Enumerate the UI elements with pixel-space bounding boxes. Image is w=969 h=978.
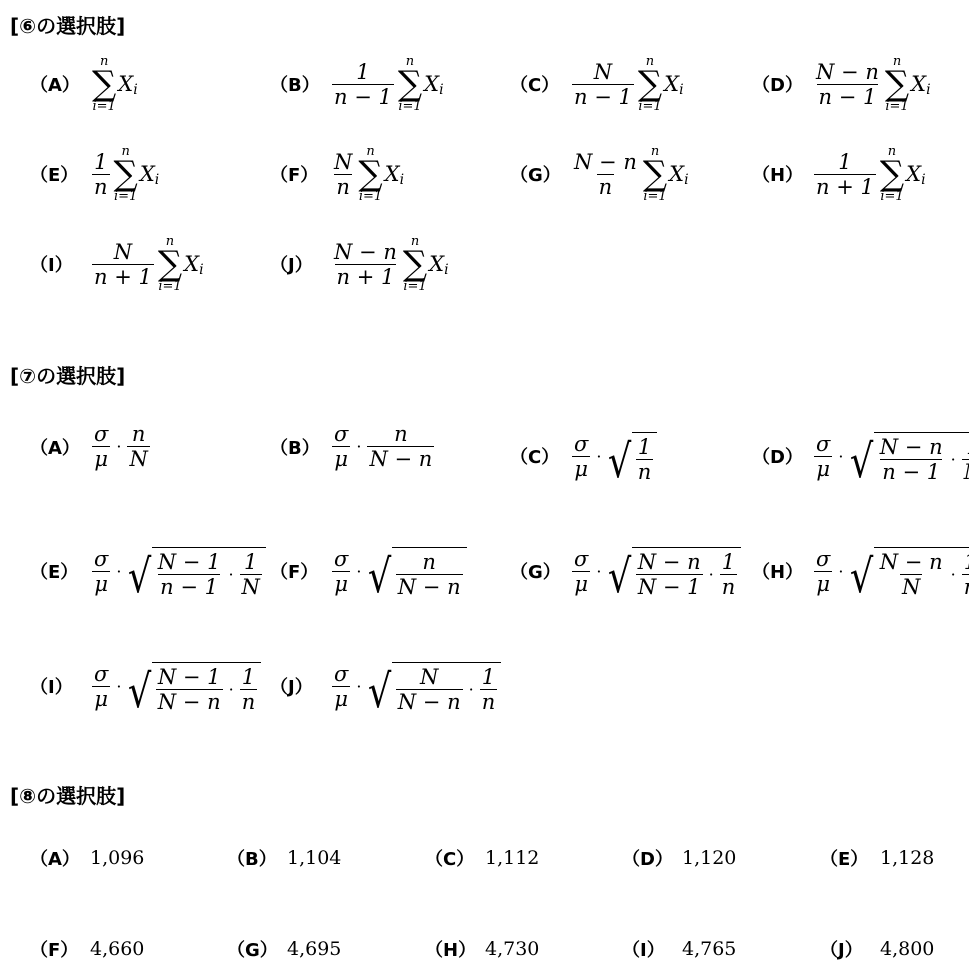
term-subscript: i xyxy=(926,82,930,98)
fraction-1-numerator: n xyxy=(130,422,148,446)
fraction-1: nN − n xyxy=(396,550,463,599)
term-subscript: i xyxy=(684,172,688,188)
sigma-over-mu-fraction-numerator: σ xyxy=(572,547,590,571)
fraction-2-numerator: 1 xyxy=(962,550,969,574)
sigma-over-mu-fraction-numerator: σ xyxy=(92,422,110,446)
multiply-dot: · xyxy=(356,437,361,456)
fraction-2-numerator: 1 xyxy=(720,550,737,574)
multiply-dot: · xyxy=(229,680,234,699)
sigma-icon: ∑ xyxy=(638,68,662,100)
coefficient-fraction-numerator: N xyxy=(592,60,614,84)
multiply-dot: · xyxy=(951,450,956,469)
sigma-over-mu-fraction-denominator: μ xyxy=(332,571,350,596)
coefficient-fraction-denominator: n xyxy=(92,174,110,199)
option-6-a[interactable]: （A）n∑i=1Xi xyxy=(30,55,138,113)
multiply-dot: · xyxy=(116,562,121,581)
fraction-1-denominator: N − n xyxy=(396,574,463,599)
option-7-g[interactable]: （G）σμ·√N − nN − 1·1n xyxy=(510,543,741,599)
option-label: （F） xyxy=(270,161,330,187)
option-label: （J） xyxy=(820,936,880,962)
option-label: （J） xyxy=(270,251,330,277)
square-root: √N − nN − 1·1n xyxy=(605,543,741,599)
option-value: 4,695 xyxy=(287,938,341,960)
summation: n∑i=1 xyxy=(114,145,138,203)
option-label: （I） xyxy=(622,936,682,962)
fraction-1-denominator: n − 1 xyxy=(880,459,942,484)
fraction-2: 1n xyxy=(480,665,498,714)
sigma-over-mu-fraction-denominator: μ xyxy=(814,571,832,596)
multiply-dot: · xyxy=(596,447,601,466)
fraction-1-numerator: n xyxy=(420,550,438,574)
multiply-dot: · xyxy=(469,680,474,699)
section-7-heading: [⑦の選択肢] xyxy=(10,360,125,389)
radicand: nN − n xyxy=(392,547,467,599)
option-label: （D） xyxy=(752,71,812,97)
fraction-2: 1N xyxy=(962,435,969,484)
option-label: （B） xyxy=(270,434,330,460)
coefficient-fraction-numerator: N − n xyxy=(332,240,399,264)
coefficient-fraction: 1n − 1 xyxy=(332,60,394,109)
option-6-e[interactable]: （E）1nn∑i=1Xi xyxy=(30,145,159,203)
option-8-c[interactable]: （C）1,112 xyxy=(425,845,539,871)
formula: σμ·nN − n xyxy=(330,422,436,471)
option-6-h[interactable]: （H）1n + 1n∑i=1Xi xyxy=(752,145,926,203)
sigma-icon: ∑ xyxy=(398,68,422,100)
summation: n∑i=1 xyxy=(358,145,382,203)
option-label: （G） xyxy=(227,936,287,962)
section-6-heading: [⑥の選択肢] xyxy=(10,10,125,39)
radical-icon: √ xyxy=(128,543,151,599)
option-6-c[interactable]: （C）Nn − 1n∑i=1Xi xyxy=(510,55,684,113)
coefficient-fraction: N − nn + 1 xyxy=(332,240,399,289)
multiply-dot: · xyxy=(356,562,361,581)
radicand: N − nN·1n xyxy=(874,547,969,599)
sigma-over-mu-fraction: σμ xyxy=(814,547,832,596)
coefficient-fraction-numerator: 1 xyxy=(836,150,853,174)
formula: n∑i=1Xi xyxy=(90,55,138,113)
fraction-2: 1n xyxy=(720,550,738,599)
option-label: （D） xyxy=(752,443,812,469)
fraction-2-denominator: n xyxy=(962,574,969,599)
formula: σμ·√N − nN − 1·1n xyxy=(570,543,741,599)
sigma-over-mu-fraction-numerator: σ xyxy=(332,422,350,446)
fraction-2-numerator: 1 xyxy=(242,550,259,574)
multiply-dot: · xyxy=(838,562,843,581)
option-8-e[interactable]: （E）1,128 xyxy=(820,845,934,871)
square-root: √N − nn − 1·1N xyxy=(847,428,969,484)
sigma-icon: ∑ xyxy=(880,158,904,190)
formula: σμ·√N − nN·1n xyxy=(812,543,969,599)
square-root: √nN − n xyxy=(365,543,466,599)
multiply-dot: · xyxy=(838,447,843,466)
option-8-i[interactable]: （I）4,765 xyxy=(622,936,736,962)
term-variable: X xyxy=(664,72,679,96)
sum-lower-limit: i=1 xyxy=(403,280,426,293)
option-label: （F） xyxy=(270,558,330,584)
option-label: （A） xyxy=(30,845,90,871)
sum-lower-limit: i=1 xyxy=(885,100,908,113)
sigma-icon: ∑ xyxy=(114,158,138,190)
sum-lower-limit: i=1 xyxy=(359,190,382,203)
sigma-over-mu-fraction: σμ xyxy=(572,547,590,596)
option-value: 1,120 xyxy=(682,847,736,869)
fraction-2-numerator: 1 xyxy=(964,435,969,459)
fraction-2-denominator: N xyxy=(962,459,969,484)
option-8-h[interactable]: （H）4,730 xyxy=(425,936,539,962)
fraction-1: nN xyxy=(127,422,149,471)
summation: n∑i=1 xyxy=(403,235,427,293)
sigma-over-mu-fraction: σμ xyxy=(332,547,350,596)
option-label: （H） xyxy=(752,161,812,187)
fraction-1: N − 1N − n xyxy=(156,665,223,714)
term-variable: X xyxy=(906,162,921,186)
fraction-2-denominator: n xyxy=(480,689,498,714)
sum-lower-limit: i=1 xyxy=(638,100,661,113)
sum-lower-limit: i=1 xyxy=(643,190,666,203)
fraction-2-denominator: n xyxy=(720,574,738,599)
fraction-2: 1n xyxy=(962,550,969,599)
fraction-1-numerator: 1 xyxy=(636,435,653,459)
fraction-1-denominator: N − n xyxy=(156,689,223,714)
sigma-icon: ∑ xyxy=(92,68,116,100)
fraction-2-numerator: 1 xyxy=(240,665,257,689)
multiply-dot: · xyxy=(596,562,601,581)
multiply-dot: · xyxy=(951,565,956,584)
multiply-dot: · xyxy=(116,677,121,696)
summation: n∑i=1 xyxy=(92,55,116,113)
option-label: （C） xyxy=(510,71,570,97)
fraction-1-denominator: N − n xyxy=(367,446,434,471)
option-label: （G） xyxy=(510,558,570,584)
option-7-d[interactable]: （D）σμ·√N − nn − 1·1N xyxy=(752,428,969,484)
fraction-1: N − nn − 1 xyxy=(878,435,945,484)
option-label: （E） xyxy=(820,845,880,871)
sum-lower-limit: i=1 xyxy=(92,100,115,113)
sigma-over-mu-fraction: σμ xyxy=(92,547,110,596)
option-7-a[interactable]: （A）σμ·nN xyxy=(30,422,152,471)
formula: σμ·√N − 1n − 1·1N xyxy=(90,543,266,599)
sigma-icon: ∑ xyxy=(358,158,382,190)
sum-lower-limit: i=1 xyxy=(114,190,137,203)
coefficient-fraction: Nn + 1 xyxy=(92,240,154,289)
sigma-over-mu-fraction-numerator: σ xyxy=(332,662,350,686)
fraction-1-numerator: N − n xyxy=(878,550,945,574)
sigma-over-mu-fraction-denominator: μ xyxy=(814,456,832,481)
option-6-d[interactable]: （D）N − nn − 1n∑i=1Xi xyxy=(752,55,931,113)
option-value: 1,096 xyxy=(90,847,144,869)
sigma-over-mu-fraction: σμ xyxy=(572,432,590,481)
sigma-over-mu-fraction-denominator: μ xyxy=(92,686,110,711)
option-8-g[interactable]: （G）4,695 xyxy=(227,936,341,962)
formula: Nnn∑i=1Xi xyxy=(330,145,404,203)
option-value: 1,112 xyxy=(485,847,539,869)
radical-icon: √ xyxy=(850,543,873,599)
formula: σμ·√N − nn − 1·1N xyxy=(812,428,969,484)
sigma-over-mu-fraction: σμ xyxy=(332,422,350,471)
sigma-over-mu-fraction-denominator: μ xyxy=(92,446,110,471)
fraction-1: N − 1n − 1 xyxy=(156,550,223,599)
term-variable: X xyxy=(385,162,400,186)
multiply-dot: · xyxy=(228,565,233,584)
sigma-icon: ∑ xyxy=(643,158,667,190)
formula: N − nnn∑i=1Xi xyxy=(570,145,689,203)
option-label: （A） xyxy=(30,434,90,460)
fraction-1-numerator: N − 1 xyxy=(156,550,223,574)
option-6-i[interactable]: （I）Nn + 1n∑i=1Xi xyxy=(30,235,204,293)
fraction-1-denominator: n xyxy=(636,459,654,484)
formula: σμ·nN xyxy=(90,422,152,471)
formula: σμ·√nN − n xyxy=(330,543,467,599)
square-root: √N − 1n − 1·1N xyxy=(125,543,265,599)
fraction-1-denominator: N − 1 xyxy=(636,574,703,599)
sigma-over-mu-fraction-numerator: σ xyxy=(332,547,350,571)
sigma-icon: ∑ xyxy=(885,68,909,100)
fraction-1-numerator: N − n xyxy=(636,550,703,574)
square-root: √NN − n·1n xyxy=(365,658,501,714)
square-root: √1n xyxy=(605,428,657,484)
sigma-over-mu-fraction-denominator: μ xyxy=(572,456,590,481)
summation: n∑i=1 xyxy=(158,235,182,293)
coefficient-fraction-numerator: 1 xyxy=(354,60,371,84)
option-7-f[interactable]: （F）σμ·√nN − n xyxy=(270,543,467,599)
fraction-1: N − nN − 1 xyxy=(636,550,703,599)
coefficient-fraction-denominator: n + 1 xyxy=(92,264,154,289)
term-variable: X xyxy=(669,162,684,186)
coefficient-fraction: Nn xyxy=(332,150,354,199)
option-7-c[interactable]: （C）σμ·√1n xyxy=(510,428,657,484)
term-variable: X xyxy=(429,252,444,276)
radicand: N − 1N − n·1n xyxy=(152,662,261,714)
fraction-1: nN − n xyxy=(367,422,434,471)
option-7-j[interactable]: （J）σμ·√NN − n·1n xyxy=(270,658,501,714)
term-subscript: i xyxy=(400,172,404,188)
option-8-a[interactable]: （A）1,096 xyxy=(30,845,144,871)
term-subscript: i xyxy=(679,82,683,98)
sigma-icon: ∑ xyxy=(403,248,427,280)
sigma-over-mu-fraction: σμ xyxy=(814,432,832,481)
option-label: （I） xyxy=(30,673,90,699)
fraction-1-denominator: N − n xyxy=(396,689,463,714)
sigma-over-mu-fraction-denominator: μ xyxy=(572,571,590,596)
term-subscript: i xyxy=(133,82,137,98)
sigma-over-mu-fraction-denominator: μ xyxy=(332,686,350,711)
radicand: N − nN − 1·1n xyxy=(632,547,741,599)
option-value: 4,800 xyxy=(880,938,934,960)
radical-icon: √ xyxy=(850,428,873,484)
option-label: （E） xyxy=(30,558,90,584)
option-7-h[interactable]: （H）σμ·√N − nN·1n xyxy=(752,543,969,599)
fraction-2-denominator: n xyxy=(240,689,258,714)
sum-lower-limit: i=1 xyxy=(880,190,903,203)
sum-lower-limit: i=1 xyxy=(158,280,181,293)
sigma-over-mu-fraction-numerator: σ xyxy=(92,547,110,571)
formula: σμ·√NN − n·1n xyxy=(330,658,501,714)
term-subscript: i xyxy=(155,172,159,188)
option-7-b[interactable]: （B）σμ·nN − n xyxy=(270,422,436,471)
fraction-1-numerator: n xyxy=(392,422,410,446)
coefficient-fraction: 1n xyxy=(92,150,110,199)
coefficient-fraction-denominator: n xyxy=(597,174,615,199)
fraction-1-numerator: N xyxy=(418,665,440,689)
multiply-dot: · xyxy=(356,677,361,696)
fraction-1-denominator: N xyxy=(900,574,922,599)
coefficient-fraction: Nn − 1 xyxy=(572,60,634,109)
coefficient-fraction-numerator: N − n xyxy=(814,60,881,84)
fraction-1-denominator: n − 1 xyxy=(158,574,220,599)
option-value: 4,765 xyxy=(682,938,736,960)
fraction-1: NN − n xyxy=(396,665,463,714)
option-label: （H） xyxy=(425,936,485,962)
option-6-b[interactable]: （B）1n − 1n∑i=1Xi xyxy=(270,55,444,113)
fraction-1: N − nN xyxy=(878,550,945,599)
fraction-2-numerator: 1 xyxy=(480,665,497,689)
fraction-2: 1N xyxy=(240,550,262,599)
option-value: 4,730 xyxy=(485,938,539,960)
option-label: （D） xyxy=(622,845,682,871)
term-subscript: i xyxy=(921,172,925,188)
option-label: （C） xyxy=(510,443,570,469)
radical-icon: √ xyxy=(128,658,151,714)
sigma-over-mu-fraction-denominator: μ xyxy=(332,446,350,471)
fraction-1-denominator: N xyxy=(127,446,149,471)
sigma-over-mu-fraction-numerator: σ xyxy=(572,432,590,456)
multiply-dot: · xyxy=(709,565,714,584)
summation: n∑i=1 xyxy=(880,145,904,203)
coefficient-fraction-numerator: N − n xyxy=(572,150,639,174)
option-label: （H） xyxy=(752,558,812,584)
sum-lower-limit: i=1 xyxy=(398,100,421,113)
option-8-b[interactable]: （B）1,104 xyxy=(227,845,341,871)
sigma-over-mu-fraction-numerator: σ xyxy=(92,662,110,686)
fraction-1-numerator: N − 1 xyxy=(156,665,223,689)
sigma-over-mu-fraction-numerator: σ xyxy=(814,432,832,456)
radicand: NN − n·1n xyxy=(392,662,501,714)
option-6-f[interactable]: （F）Nnn∑i=1Xi xyxy=(270,145,404,203)
formula: 1n − 1n∑i=1Xi xyxy=(330,55,444,113)
radical-icon: √ xyxy=(368,658,391,714)
option-label: （C） xyxy=(425,845,485,871)
option-label: （E） xyxy=(30,161,90,187)
square-root: √N − nN·1n xyxy=(847,543,969,599)
term-variable: X xyxy=(424,72,439,96)
sigma-over-mu-fraction: σμ xyxy=(92,662,110,711)
section-8-heading: [⑧の選択肢] xyxy=(10,780,125,809)
radical-icon: √ xyxy=(608,543,631,599)
formula: Nn + 1n∑i=1Xi xyxy=(90,235,204,293)
summation: n∑i=1 xyxy=(643,145,667,203)
coefficient-fraction: N − nn xyxy=(572,150,639,199)
term-variable: X xyxy=(118,72,133,96)
option-value: 1,128 xyxy=(880,847,934,869)
radicand: 1n xyxy=(632,432,658,484)
option-6-g[interactable]: （G）N − nnn∑i=1Xi xyxy=(510,145,689,203)
term-subscript: i xyxy=(199,262,203,278)
option-label: （J） xyxy=(270,673,330,699)
formula: N − nn + 1n∑i=1Xi xyxy=(330,235,449,293)
coefficient-fraction-denominator: n − 1 xyxy=(572,84,634,109)
formula: σμ·√1n xyxy=(570,428,657,484)
summation: n∑i=1 xyxy=(638,55,662,113)
sigma-over-mu-fraction: σμ xyxy=(92,422,110,471)
fraction-2-denominator: N xyxy=(240,574,262,599)
option-label: （B） xyxy=(227,845,287,871)
option-label: （G） xyxy=(510,161,570,187)
formula: 1nn∑i=1Xi xyxy=(90,145,159,203)
sigma-over-mu-fraction: σμ xyxy=(332,662,350,711)
fraction-1: 1n xyxy=(636,435,654,484)
sigma-over-mu-fraction-numerator: σ xyxy=(814,547,832,571)
summation: n∑i=1 xyxy=(885,55,909,113)
option-7-i[interactable]: （I）σμ·√N − 1N − n·1n xyxy=(30,658,261,714)
radical-icon: √ xyxy=(608,428,631,484)
multiply-dot: · xyxy=(116,437,121,456)
fraction-2: 1n xyxy=(240,665,258,714)
coefficient-fraction-denominator: n − 1 xyxy=(817,84,879,109)
sigma-over-mu-fraction-denominator: μ xyxy=(92,571,110,596)
coefficient-fraction: 1n + 1 xyxy=(814,150,876,199)
option-label: （A） xyxy=(30,71,90,97)
option-value: 4,660 xyxy=(90,938,144,960)
radical-icon: √ xyxy=(368,543,391,599)
fraction-1-numerator: N − n xyxy=(878,435,945,459)
term-variable: X xyxy=(140,162,155,186)
coefficient-fraction-denominator: n + 1 xyxy=(335,264,397,289)
coefficient-fraction-denominator: n − 1 xyxy=(332,84,394,109)
option-8-j[interactable]: （J）4,800 xyxy=(820,936,934,962)
option-6-j[interactable]: （J）N − nn + 1n∑i=1Xi xyxy=(270,235,449,293)
sigma-icon: ∑ xyxy=(158,248,182,280)
coefficient-fraction-numerator: 1 xyxy=(92,150,109,174)
formula: 1n + 1n∑i=1Xi xyxy=(812,145,926,203)
formula: σμ·√N − 1N − n·1n xyxy=(90,658,261,714)
formula: Nn − 1n∑i=1Xi xyxy=(570,55,684,113)
formula: N − nn − 1n∑i=1Xi xyxy=(812,55,931,113)
option-8-f[interactable]: （F）4,660 xyxy=(30,936,144,962)
square-root: √N − 1N − n·1n xyxy=(125,658,261,714)
term-subscript: i xyxy=(439,82,443,98)
radicand: N − 1n − 1·1N xyxy=(152,547,266,599)
term-subscript: i xyxy=(444,262,448,278)
coefficient-fraction-numerator: N xyxy=(332,150,354,174)
option-7-e[interactable]: （E）σμ·√N − 1n − 1·1N xyxy=(30,543,266,599)
summation: n∑i=1 xyxy=(398,55,422,113)
coefficient-fraction: N − nn − 1 xyxy=(814,60,881,109)
coefficient-fraction-numerator: N xyxy=(112,240,134,264)
option-8-d[interactable]: （D）1,120 xyxy=(622,845,736,871)
coefficient-fraction-denominator: n + 1 xyxy=(814,174,876,199)
option-value: 1,104 xyxy=(287,847,341,869)
term-variable: X xyxy=(911,72,926,96)
option-label: （F） xyxy=(30,936,90,962)
option-label: （B） xyxy=(270,71,330,97)
coefficient-fraction-denominator: n xyxy=(334,174,352,199)
term-variable: X xyxy=(184,252,199,276)
option-label: （I） xyxy=(30,251,90,277)
radicand: N − nn − 1·1N xyxy=(874,432,969,484)
